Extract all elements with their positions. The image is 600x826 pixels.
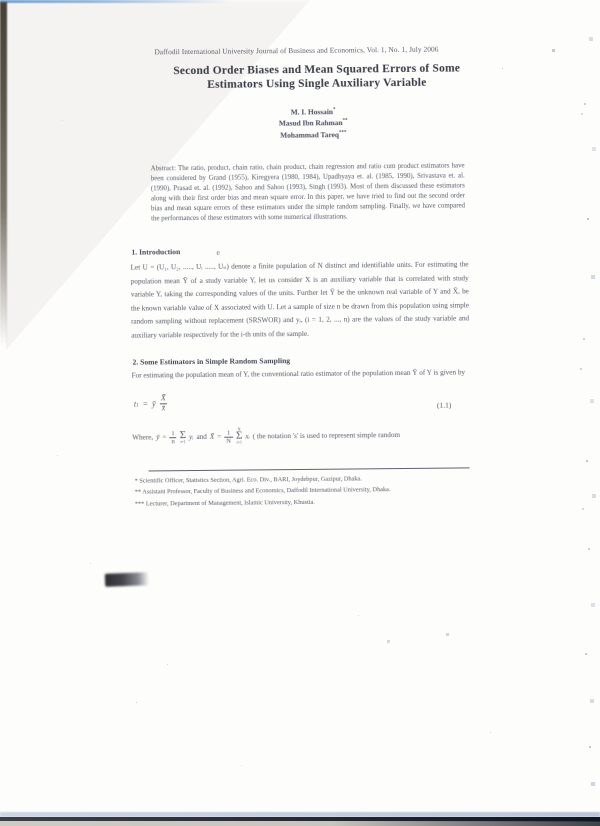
- where-definition-line: Where, ȳ = 1 n Σ i=1 yᵢ and X̄ = 1 N N …: [132, 427, 400, 446]
- abstract-text: Abstract: The ratio, product, chain rati…: [151, 161, 466, 223]
- where-and: and: [196, 433, 206, 441]
- where-sum-2-lower-limit: i=1: [237, 442, 242, 445]
- author-2-marker: **: [343, 119, 348, 124]
- where-xi: xᵢ: [245, 433, 249, 441]
- journal-header: Daffodil International University Journa…: [126, 44, 466, 56]
- where-sum-1: Σ i=1: [180, 431, 187, 444]
- page-content: Daffodil International University Journa…: [0, 0, 600, 826]
- equation-lhs-subscript: 1: [136, 403, 139, 408]
- author-1-name: M. I. Hossain: [291, 107, 333, 116]
- author-3-marker: ***: [339, 130, 347, 135]
- where-prefix: Where,: [132, 434, 153, 442]
- section-heading-introduction: 1. Introduction: [131, 247, 180, 256]
- where-equals-1: =: [162, 434, 166, 442]
- where-fraction-2-num: 1: [227, 429, 230, 436]
- equation-fraction-numerator: X̄: [161, 394, 166, 403]
- where-ybar: ȳ: [156, 434, 159, 442]
- where-sum-2: N Σ i=1: [236, 429, 243, 446]
- where-fraction-2: 1 N: [224, 429, 233, 444]
- scanned-paper-sheet: Daffodil International University Journa…: [0, 0, 600, 826]
- estimators-paragraph: For estimating the population mean of Y,…: [132, 367, 472, 382]
- author-list: M. I. Hossain* Masud Ibn Rahman** Mohamm…: [163, 104, 463, 141]
- where-yi: yᵢ: [189, 433, 193, 441]
- where-fraction-1-num: 1: [171, 430, 174, 437]
- scan-dust-specks: [0, 0, 1, 1]
- where-fraction-1: 1 n: [169, 430, 176, 445]
- stray-pen-mark: e: [216, 248, 219, 257]
- author-3-name: Mohammad Tareq: [280, 130, 339, 140]
- where-xbar: X̄: [210, 433, 214, 441]
- equation-fraction-denominator: x̄: [160, 403, 168, 413]
- where-suffix: ( the notation 's' is used to represent …: [253, 431, 400, 440]
- paper-title: Second Order Biases and Mean Squared Err…: [147, 61, 487, 92]
- introduction-paragraph: Let U = (U₁, U₂, ....., Uᵢ ....., Uₙ) de…: [131, 258, 470, 342]
- author-1-marker: *: [333, 108, 336, 113]
- footnote-divider: [149, 467, 470, 471]
- where-fraction-1-den: n: [169, 437, 176, 445]
- equation-1-1: t1 = ȳ X̄ x̄: [134, 394, 167, 413]
- section-heading-estimators: 2. Some Estimators in Simple Random Samp…: [132, 356, 290, 367]
- author-2-name: Masud Ibn Rahman: [279, 119, 343, 129]
- equation-number: (1.1): [437, 401, 451, 410]
- equation-ybar: ȳ: [152, 399, 156, 408]
- author-3: Mohammad Tareq***: [163, 127, 463, 141]
- equation-lhs: t1: [134, 399, 139, 408]
- equation-fraction: X̄ x̄: [160, 394, 168, 413]
- equation-equals: =: [143, 399, 148, 408]
- where-equals-2: =: [217, 433, 221, 441]
- footnote-3: *** Lecturer, Department of Management, …: [135, 495, 469, 510]
- where-sum-1-lower-limit: i=1: [180, 441, 185, 444]
- where-fraction-2-den: N: [224, 436, 233, 444]
- footnote-list: * Scientific Officer, Statistics Section…: [135, 472, 469, 509]
